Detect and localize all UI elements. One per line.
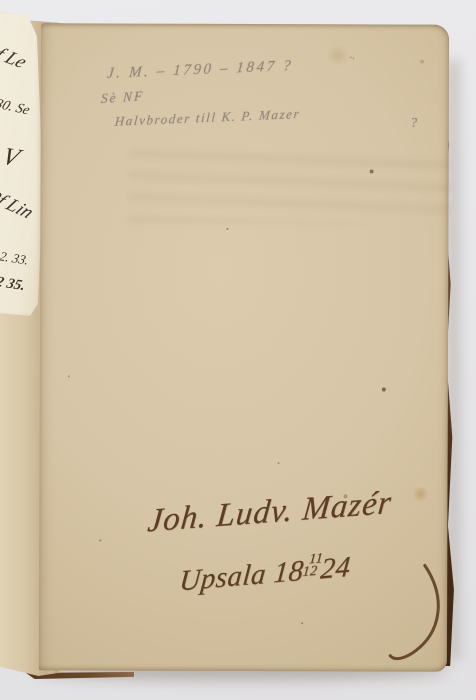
facing-page-fragment: 30. Se [0, 97, 32, 119]
pencil-inscription-relation: Halvbroder till K. P. Mazer [114, 106, 301, 130]
facing-page-fragment: V [0, 143, 23, 172]
pencil-inscription-reference: Sè NF [100, 88, 144, 107]
owner-signature-place-date: Upsala 18111224 [178, 551, 352, 599]
facing-page-sliver: Rf Le 30. Se V Rf Lin 12. 33. 2 35. [0, 12, 43, 316]
signature-date-suffix: 24 [319, 551, 352, 586]
owner-signature-name: Joh. Ludv. Mazér [146, 485, 394, 541]
signature-date-fraction: 1112 [304, 553, 321, 578]
ink-showthrough [128, 150, 450, 225]
pencil-inscription-dates: J. M. – 1790 – 1847 ? [106, 58, 293, 83]
signature-date-prefix: 18 [272, 555, 305, 590]
signature-flourish [381, 560, 448, 672]
facing-page-fragment: Rf Le [0, 41, 31, 74]
paper-specks [41, 23, 43, 25]
signature-place: Upsala [178, 558, 267, 598]
facing-page-fragment: 2 35. [0, 274, 27, 295]
paper-stain [411, 487, 429, 502]
facing-page-fragment: 12. 33. [0, 247, 31, 268]
facing-page-fragment: Rf Lin [0, 187, 38, 224]
flyleaf-page: J. M. – 1790 – 1847 ? ·· Sè NF Halvbrode… [39, 23, 449, 671]
pencil-question-mark: ? [410, 114, 418, 130]
photo-of-antique-book: Rf Le 30. Se V Rf Lin 12. 33. 2 35. J. M… [0, 0, 476, 700]
